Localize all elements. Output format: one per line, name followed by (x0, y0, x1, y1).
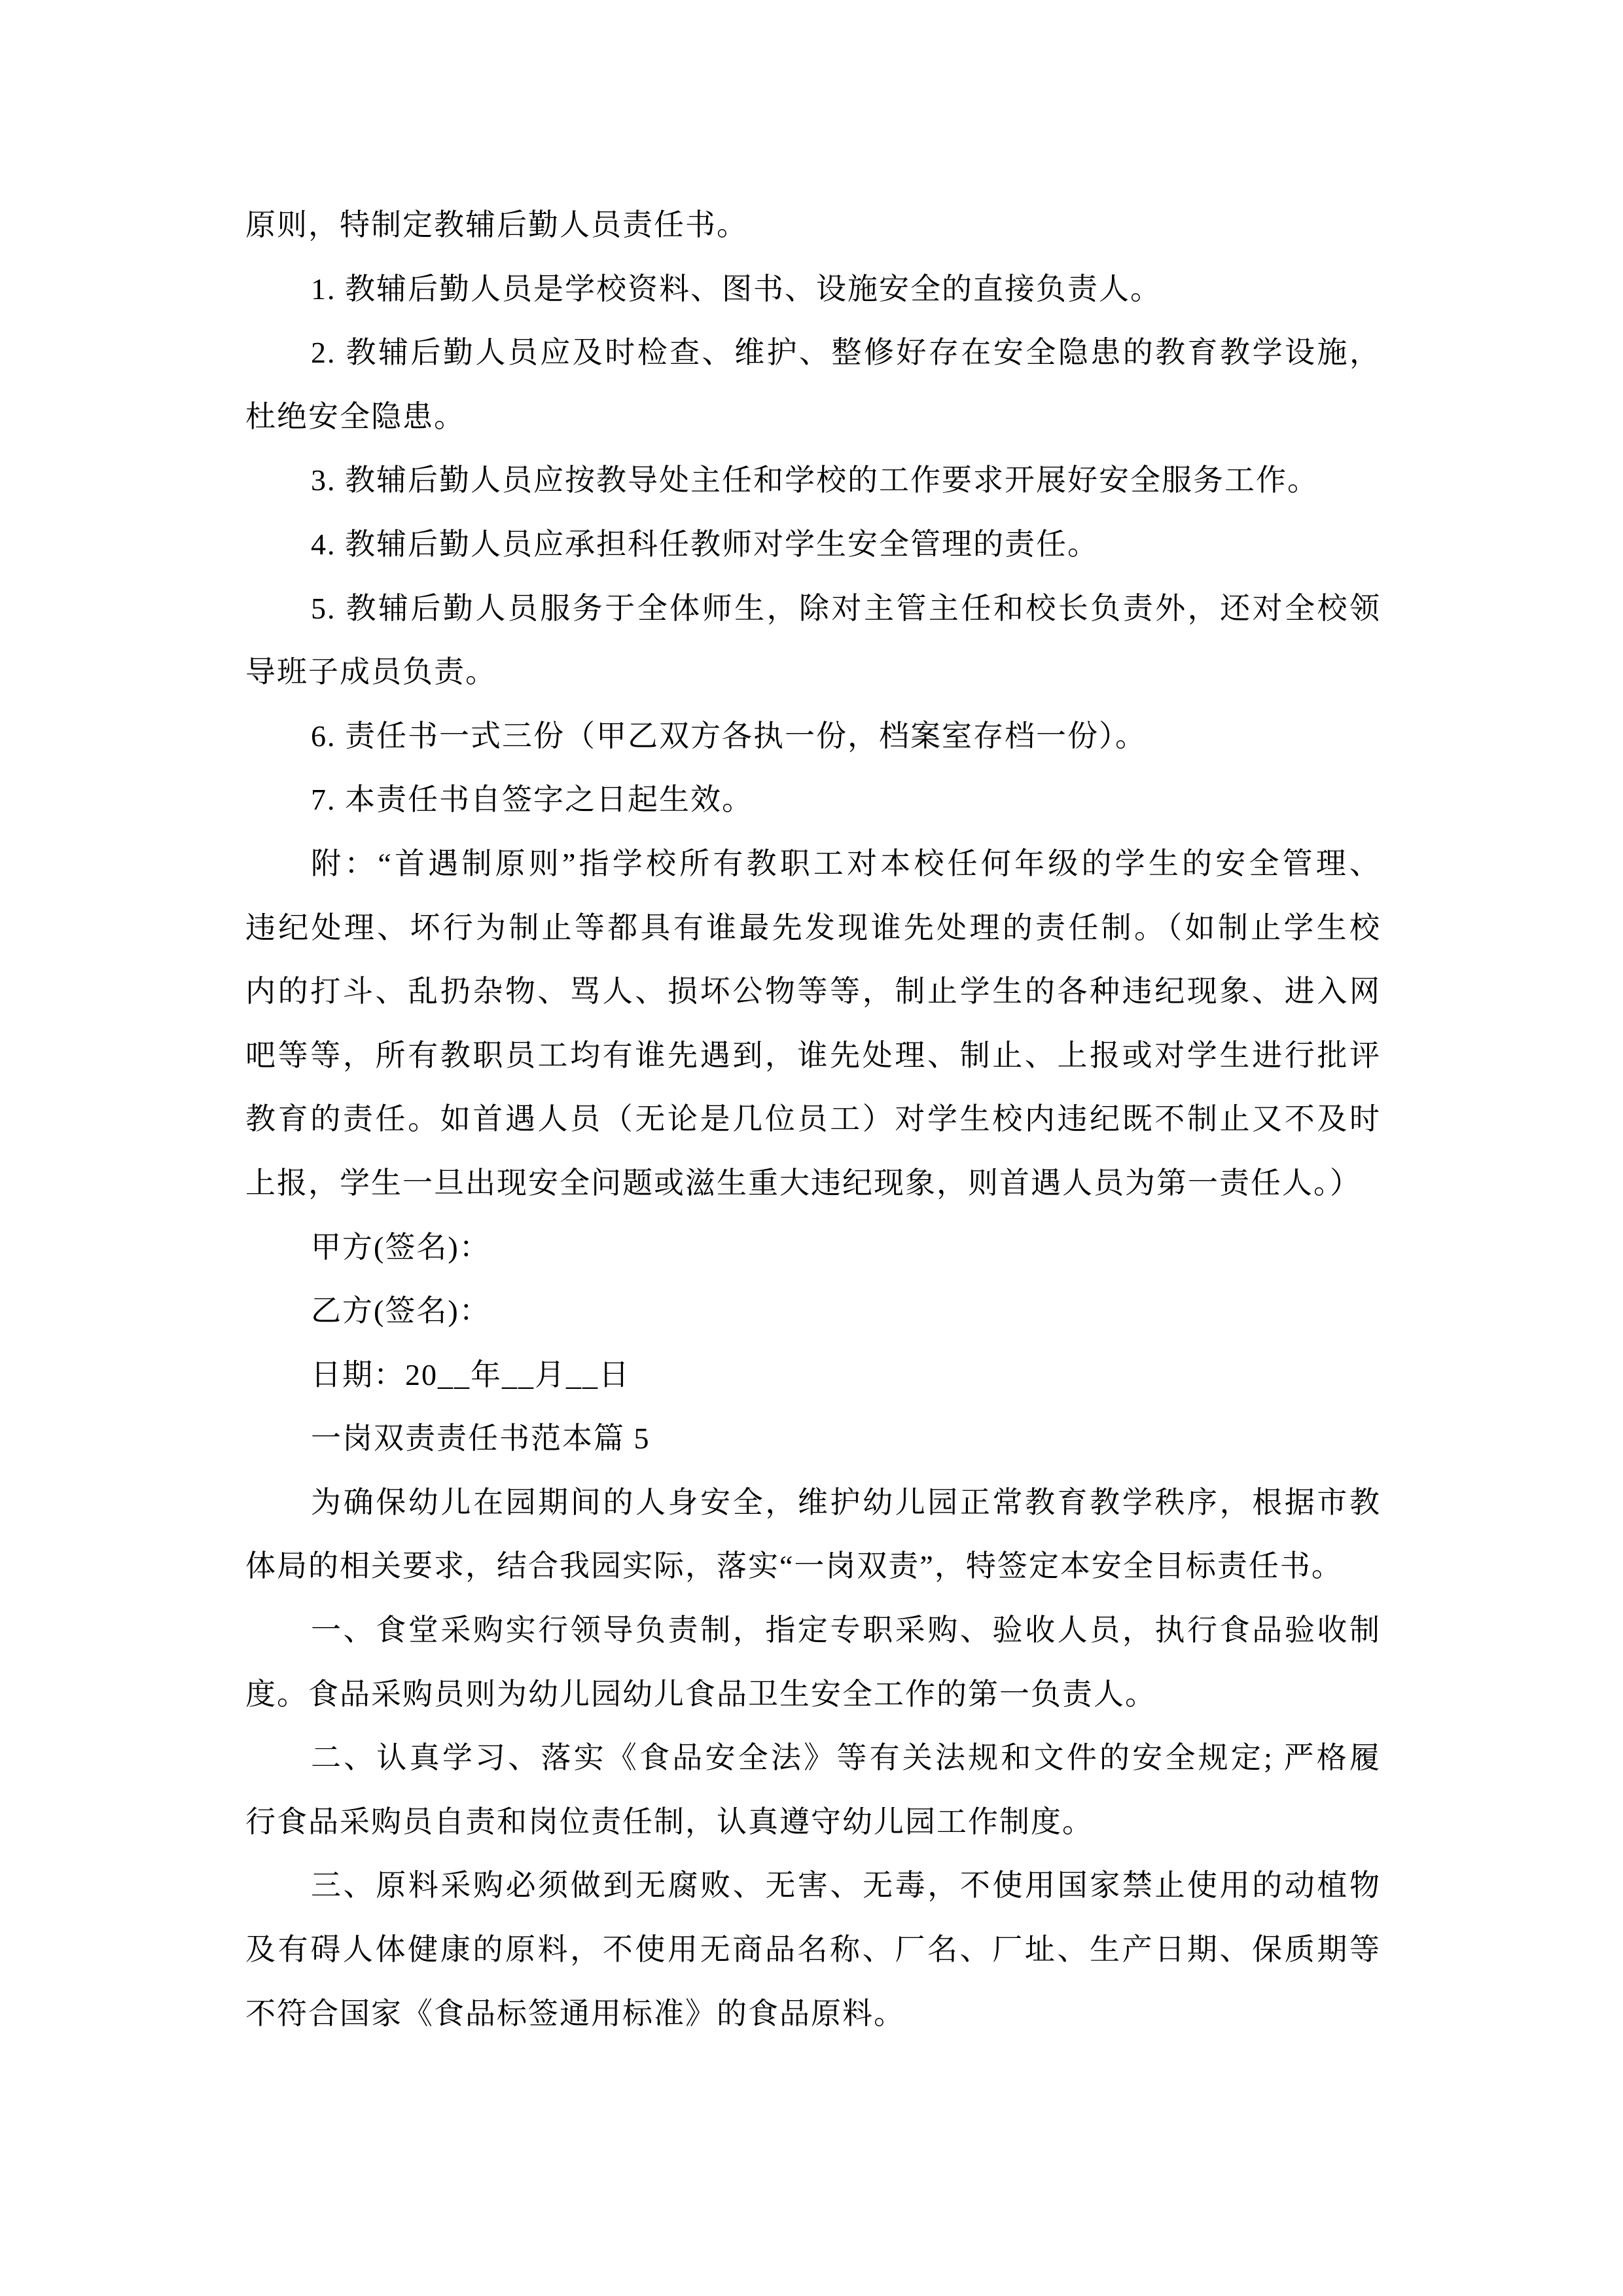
text-line: 内的打斗、乱扔杂物、骂人、损坏公物等等，制止学生的各种违纪现象、进入网 (245, 960, 1381, 1024)
text-line: 及有碍人体健康的原料，不使用无商品名称、厂名、厂址、生产日期、保质期等 (245, 1918, 1381, 1982)
text-line: 教育的责任。如首遇人员（无论是几位员工）对学生校内违纪既不制止又不及时 (245, 1087, 1381, 1151)
text-line: 行食品采购员自责和岗位责任制，认真遵守幼儿园工作制度。 (245, 1790, 1381, 1854)
text-line: 三、原料采购必须做到无腐败、无害、无毒，不使用国家禁止使用的动植物 (245, 1854, 1381, 1918)
text-line: 5. 教辅后勤人员服务于全体师生，除对主管主任和校长负责外，还对全校领 (245, 577, 1381, 641)
text-line: 2. 教辅后勤人员应及时检查、维护、整修好存在安全隐患的教育教学设施， (245, 321, 1381, 385)
text-line: 7. 本责任书自签字之日起生效。 (245, 768, 1381, 832)
section-heading-line: 一岗双责责任书范本篇 5 (245, 1407, 1381, 1471)
text-line: 违纪处理、坏行为制止等都具有谁最先发现谁先处理的责任制。（如制止学生校 (245, 896, 1381, 960)
text-line: 杜绝安全隐患。 (245, 385, 1381, 449)
text-line: 一、食堂采购实行领导负责制，指定专职采购、验收人员，执行食品验收制 (245, 1598, 1381, 1662)
date-line: 日期：20__年__月__日 (245, 1343, 1381, 1407)
text-line: 原则，特制定教辅后勤人员责任书。 (245, 193, 1381, 257)
text-line: 6. 责任书一式三份（甲乙双方各执一份，档案室存档一份）。 (245, 704, 1381, 768)
text-line: 吧等等，所有教职员工均有谁先遇到，谁先处理、制止、上报或对学生进行批评 (245, 1024, 1381, 1088)
text-line: 体局的相关要求，结合我园实际，落实“一岗双责”，特签定本安全目标责任书。 (245, 1534, 1381, 1598)
text-line: 3. 教辅后勤人员应按教导处主任和学校的工作要求开展好安全服务工作。 (245, 448, 1381, 512)
text-line: 上报，学生一旦出现安全问题或滋生重大违纪现象，则首遇人员为第一责任人。） (245, 1151, 1381, 1215)
document-body: 原则，特制定教辅后勤人员责任书。 1. 教辅后勤人员是学校资料、图书、设施安全的… (245, 193, 1381, 2045)
text-line: 不符合国家《食品标签通用标准》的食品原料。 (245, 1982, 1381, 2046)
party-a-signature-line: 甲方(签名)： (245, 1215, 1381, 1280)
text-line: 4. 教辅后勤人员应承担科任教师对学生安全管理的责任。 (245, 512, 1381, 577)
text-line: 导班子成员负责。 (245, 640, 1381, 704)
party-b-signature-line: 乙方(签名)： (245, 1279, 1381, 1343)
text-line: 度。食品采购员则为幼儿园幼儿食品卫生安全工作的第一负责人。 (245, 1662, 1381, 1727)
text-line: 二、认真学习、落实《食品安全法》等有关法规和文件的安全规定; 严格履 (245, 1726, 1381, 1790)
text-line: 1. 教辅后勤人员是学校资料、图书、设施安全的直接负责人。 (245, 257, 1381, 321)
text-line: 附：“首遇制原则”指学校所有教职工对本校任何年级的学生的安全管理、 (245, 832, 1381, 896)
text-line: 为确保幼儿在园期间的人身安全，维护幼儿园正常教育教学秩序，根据市教 (245, 1471, 1381, 1535)
document-page: 原则，特制定教辅后勤人员责任书。 1. 教辅后勤人员是学校资料、图书、设施安全的… (0, 0, 1623, 2296)
